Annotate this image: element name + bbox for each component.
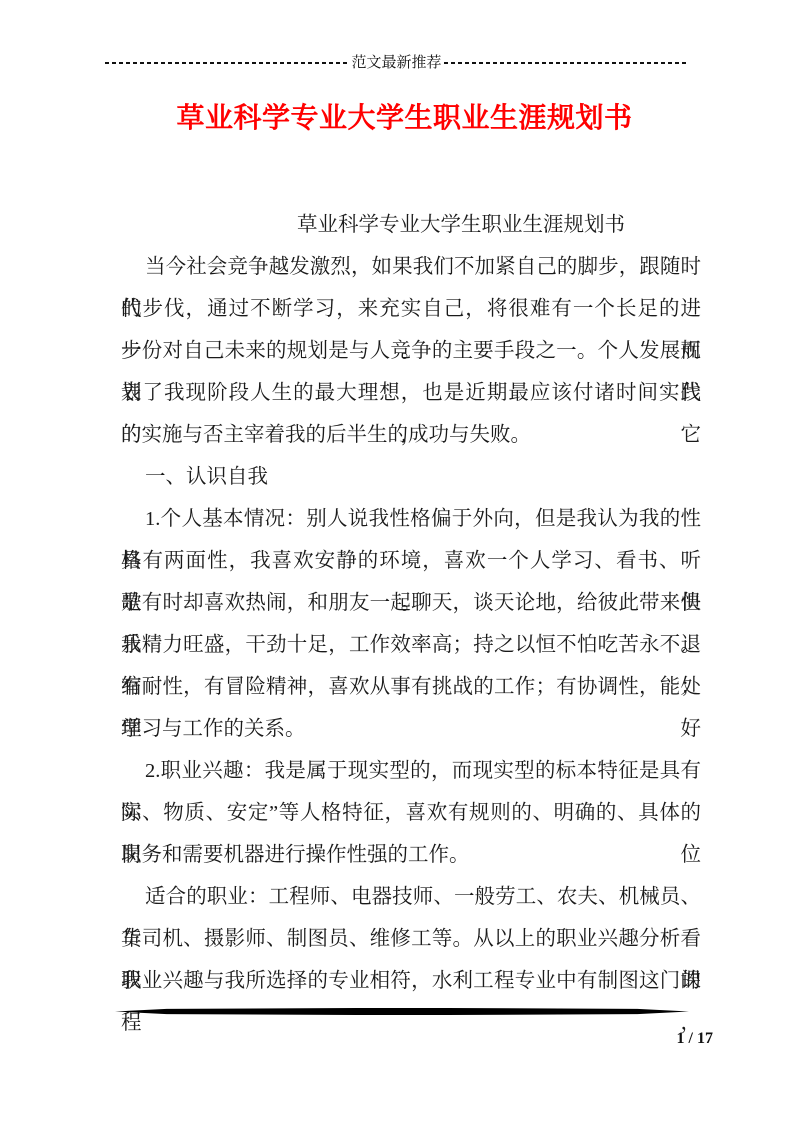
page-number: 1 / 17: [677, 1030, 713, 1048]
header-dash-right: [444, 62, 689, 64]
document-subtitle: 草业科学专业大学生职业生涯规划书: [121, 204, 701, 246]
body-line: 当今社会竞争越发激烈，如果我们不加紧自己的脚步，跟随时代: [121, 246, 701, 288]
section-heading: 一、认识自我: [121, 456, 701, 498]
body-line: 2.职业兴趣：我是属于现实型的，而现实型的标本特征是具有实: [121, 750, 701, 792]
body-line: 是有时却喜欢热闹，和朋友一起聊天，谈天论地，给彼此带来快乐。: [121, 582, 701, 624]
header-label: 范文最新推荐: [350, 53, 444, 73]
body-line: 具有两面性，我喜欢安静的环境，喜欢一个人学习、看书、听歌。但: [121, 540, 701, 582]
document-title: 草业科学专业大学生职业生涯规划书: [8, 96, 793, 136]
document-page: 范文最新推荐 草业科学专业大学生职业生涯规划书 草业科学专业大学生职业生涯规划书…: [0, 0, 793, 1122]
document-body: 草业科学专业大学生职业生涯规划书 当今社会竞争越发激烈，如果我们不加紧自己的脚步…: [121, 204, 701, 1002]
header-dash-left: [105, 62, 350, 64]
body-line: 的步伐，通过不断学习，来充实自己，将很难有一个长足的进步。而: [121, 288, 701, 330]
page-header: 范文最新推荐: [105, 53, 688, 73]
body-line: 我精力旺盛，干劲十足，工作效率高；持之以恒不怕吃苦永不退缩；: [121, 624, 701, 666]
body-line: 1.个人基本情况：别人说我性格偏于外向，但是我认为我的性格: [121, 498, 701, 540]
body-line: 一份对自己未来的规划是与人竞争的主要手段之一。个人发展规划代: [121, 330, 701, 372]
footer-divider: [115, 1008, 689, 1015]
body-line: 表了我现阶段人生的最大理想，也是近期最应该付诸时间实践的，它: [121, 372, 701, 414]
body-line: 有耐性，有冒险精神，喜欢从事有挑战的工作；有协调性，能处理好: [121, 666, 701, 708]
body-line: 职业兴趣与我所选择的专业相符，水利工程专业中有制图这门课程，: [121, 960, 701, 1002]
body-line: 际、物质、安定”等人格特征，喜欢有规则的、明确的、具体的岗位: [121, 792, 701, 834]
body-line: 车司机、摄影师、制图员、维修工等。从以上的职业兴趣分析看我的: [121, 918, 701, 960]
body-line: 适合的职业：工程师、电器技师、一般劳工、农夫、机械员、货: [121, 876, 701, 918]
